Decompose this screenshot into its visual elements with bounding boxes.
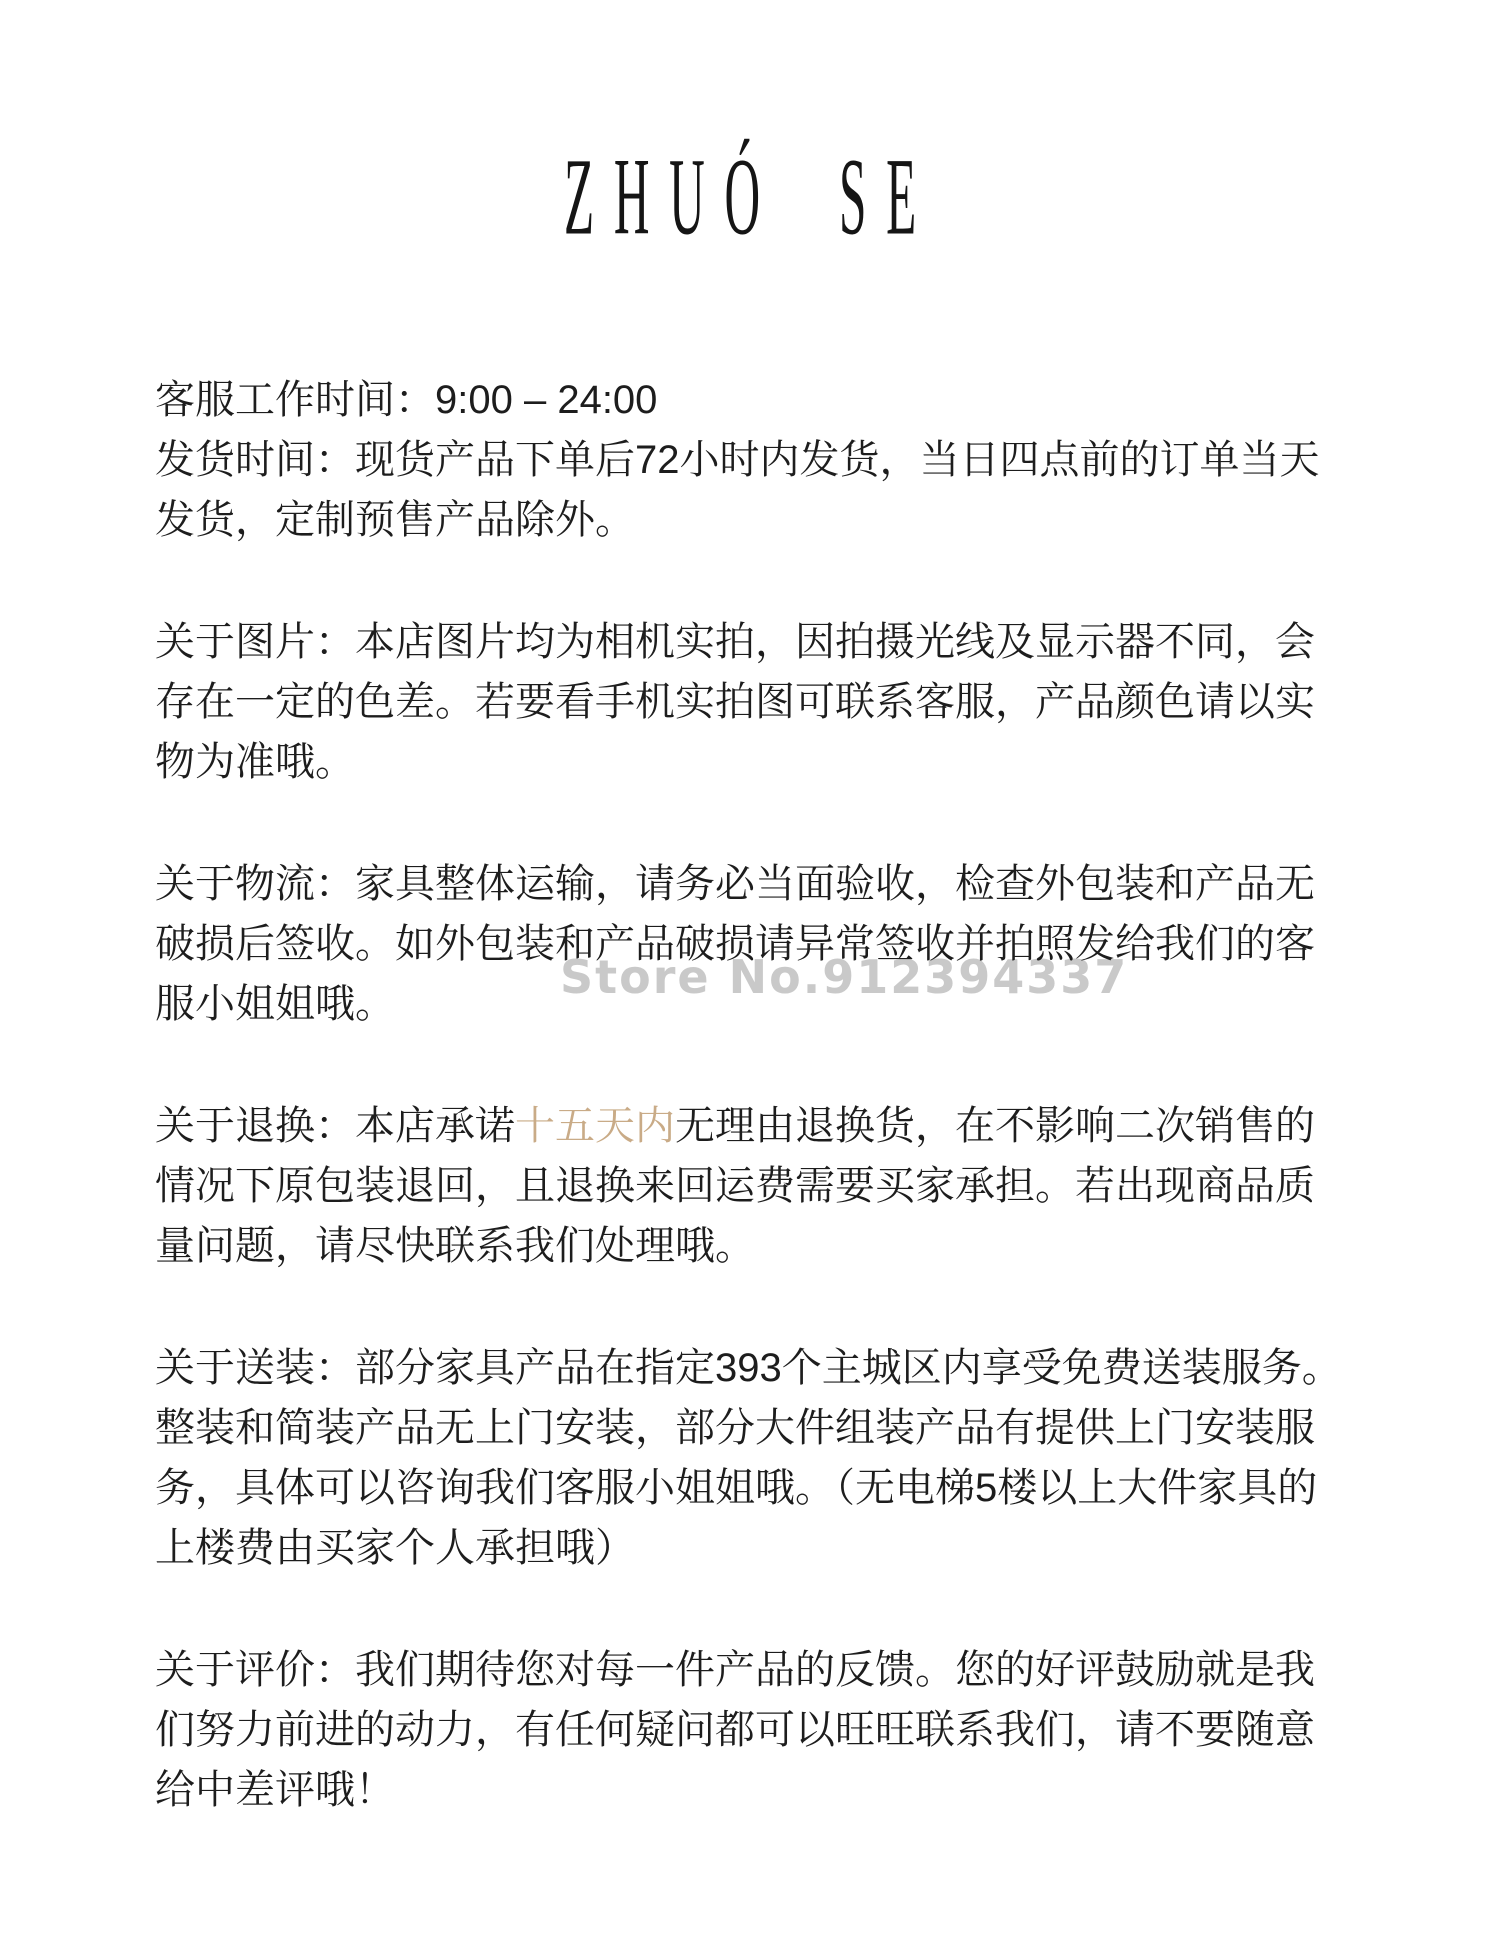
notice-line: 们努力前进的动力，有任何疑问都可以旺旺联系我们，请不要随意 xyxy=(155,1700,1375,1760)
text-segment: 发货时间：现货产品下单后72小时内发货，当日四点前的订单当天 xyxy=(155,438,1320,482)
notice-line: 发货，定制预售产品除外。 xyxy=(155,490,1375,550)
notice-line: 存在一定的色差。若要看手机实拍图可联系客服，产品颜色请以实 xyxy=(155,672,1375,732)
text-segment: 量问题，请尽快联系我们处理哦。 xyxy=(155,1224,755,1268)
notice-line: 关于物流：家具整体运输，请务必当面验收，检查外包装和产品无 xyxy=(155,854,1375,914)
highlighted-text: 十五天内 xyxy=(515,1104,675,1148)
notice-body: 客服工作时间：9:00 – 24:00发货时间：现货产品下单后72小时内发货，当… xyxy=(155,370,1375,1820)
text-segment: 关于评价：我们期待您对每一件产品的反馈。您的好评鼓励就是我 xyxy=(155,1648,1315,1692)
text-segment: 情况下原包装退回，且退换来回运费需要买家承担。若出现商品质 xyxy=(155,1164,1315,1208)
notice-paragraph-about-logistics: 关于物流：家具整体运输，请务必当面验收，检查外包装和产品无破损后签收。如外包装和… xyxy=(155,854,1375,1034)
notice-line: 务，具体可以咨询我们客服小姐姐哦。（无电梯5楼以上大件家具的 xyxy=(155,1458,1375,1518)
text-segment: 发货，定制预售产品除外。 xyxy=(155,498,635,542)
text-segment: 关于退换：本店承诺 xyxy=(155,1104,515,1148)
notice-line: 物为准哦。 xyxy=(155,732,1375,792)
text-segment: 务，具体可以咨询我们客服小姐姐哦。（无电梯5楼以上大件家具的 xyxy=(155,1466,1317,1510)
text-segment: 关于送装：部分家具产品在指定393个主城区内享受免费送装服务。 xyxy=(155,1346,1342,1390)
text-segment: 关于物流：家具整体运输，请务必当面验收，检查外包装和产品无 xyxy=(155,862,1315,906)
text-segment: 存在一定的色差。若要看手机实拍图可联系客服，产品颜色请以实 xyxy=(155,680,1315,724)
notice-line: 整装和简装产品无上门安装，部分大件组装产品有提供上门安装服 xyxy=(155,1398,1375,1458)
notice-line: 关于图片：本店图片均为相机实拍，因拍摄光线及显示器不同，会 xyxy=(155,612,1375,672)
notice-line: 服小姐姐哦。 xyxy=(155,974,1375,1034)
notice-paragraph-about-returns: 关于退换：本店承诺十五天内无理由退换货，在不影响二次销售的情况下原包装退回，且退… xyxy=(155,1096,1375,1276)
notice-line: 破损后签收。如外包装和产品破损请异常签收并拍照发给我们的客 xyxy=(155,914,1375,974)
text-segment: 客服工作时间：9:00 – 24:00 xyxy=(155,378,657,422)
brand-logo: ZHUÓ SE xyxy=(315,133,1185,260)
notice-line: 给中差评哦！ xyxy=(155,1760,1375,1820)
notice-line: 量问题，请尽快联系我们处理哦。 xyxy=(155,1216,1375,1276)
text-segment: 物为准哦。 xyxy=(155,740,355,784)
notice-paragraph-service-hours-and-shipping: 客服工作时间：9:00 – 24:00发货时间：现货产品下单后72小时内发货，当… xyxy=(155,370,1375,550)
notice-paragraph-about-reviews: 关于评价：我们期待您对每一件产品的反馈。您的好评鼓励就是我们努力前进的动力，有任… xyxy=(155,1640,1375,1820)
notice-paragraph-about-delivery-installation: 关于送装：部分家具产品在指定393个主城区内享受免费送装服务。整装和简装产品无上… xyxy=(155,1338,1375,1578)
text-segment: 无理由退换货，在不影响二次销售的 xyxy=(675,1104,1315,1148)
text-segment: 关于图片：本店图片均为相机实拍，因拍摄光线及显示器不同，会 xyxy=(155,620,1315,664)
text-segment: 破损后签收。如外包装和产品破损请异常签收并拍照发给我们的客 xyxy=(155,922,1315,966)
text-segment: 整装和简装产品无上门安装，部分大件组装产品有提供上门安装服 xyxy=(155,1406,1315,1450)
notice-line: 情况下原包装退回，且退换来回运费需要买家承担。若出现商品质 xyxy=(155,1156,1375,1216)
notice-line: 关于退换：本店承诺十五天内无理由退换货，在不影响二次销售的 xyxy=(155,1096,1375,1156)
notice-line: 关于送装：部分家具产品在指定393个主城区内享受免费送装服务。 xyxy=(155,1338,1375,1398)
notice-line: 关于评价：我们期待您对每一件产品的反馈。您的好评鼓励就是我 xyxy=(155,1640,1375,1700)
text-segment: 们努力前进的动力，有任何疑问都可以旺旺联系我们，请不要随意 xyxy=(155,1708,1315,1752)
text-segment: 上楼费由买家个人承担哦） xyxy=(155,1526,635,1570)
text-segment: 给中差评哦！ xyxy=(155,1768,395,1812)
notice-line: 发货时间：现货产品下单后72小时内发货，当日四点前的订单当天 xyxy=(155,430,1375,490)
notice-line: 客服工作时间：9:00 – 24:00 xyxy=(155,370,1375,430)
text-segment: 服小姐姐哦。 xyxy=(155,982,395,1026)
store-notice-page: ZHUÓ SE Store No.912394337 客服工作时间：9:00 –… xyxy=(0,0,1500,1958)
notice-paragraph-about-images: 关于图片：本店图片均为相机实拍，因拍摄光线及显示器不同，会存在一定的色差。若要看… xyxy=(155,612,1375,792)
notice-line: 上楼费由买家个人承担哦） xyxy=(155,1518,1375,1578)
